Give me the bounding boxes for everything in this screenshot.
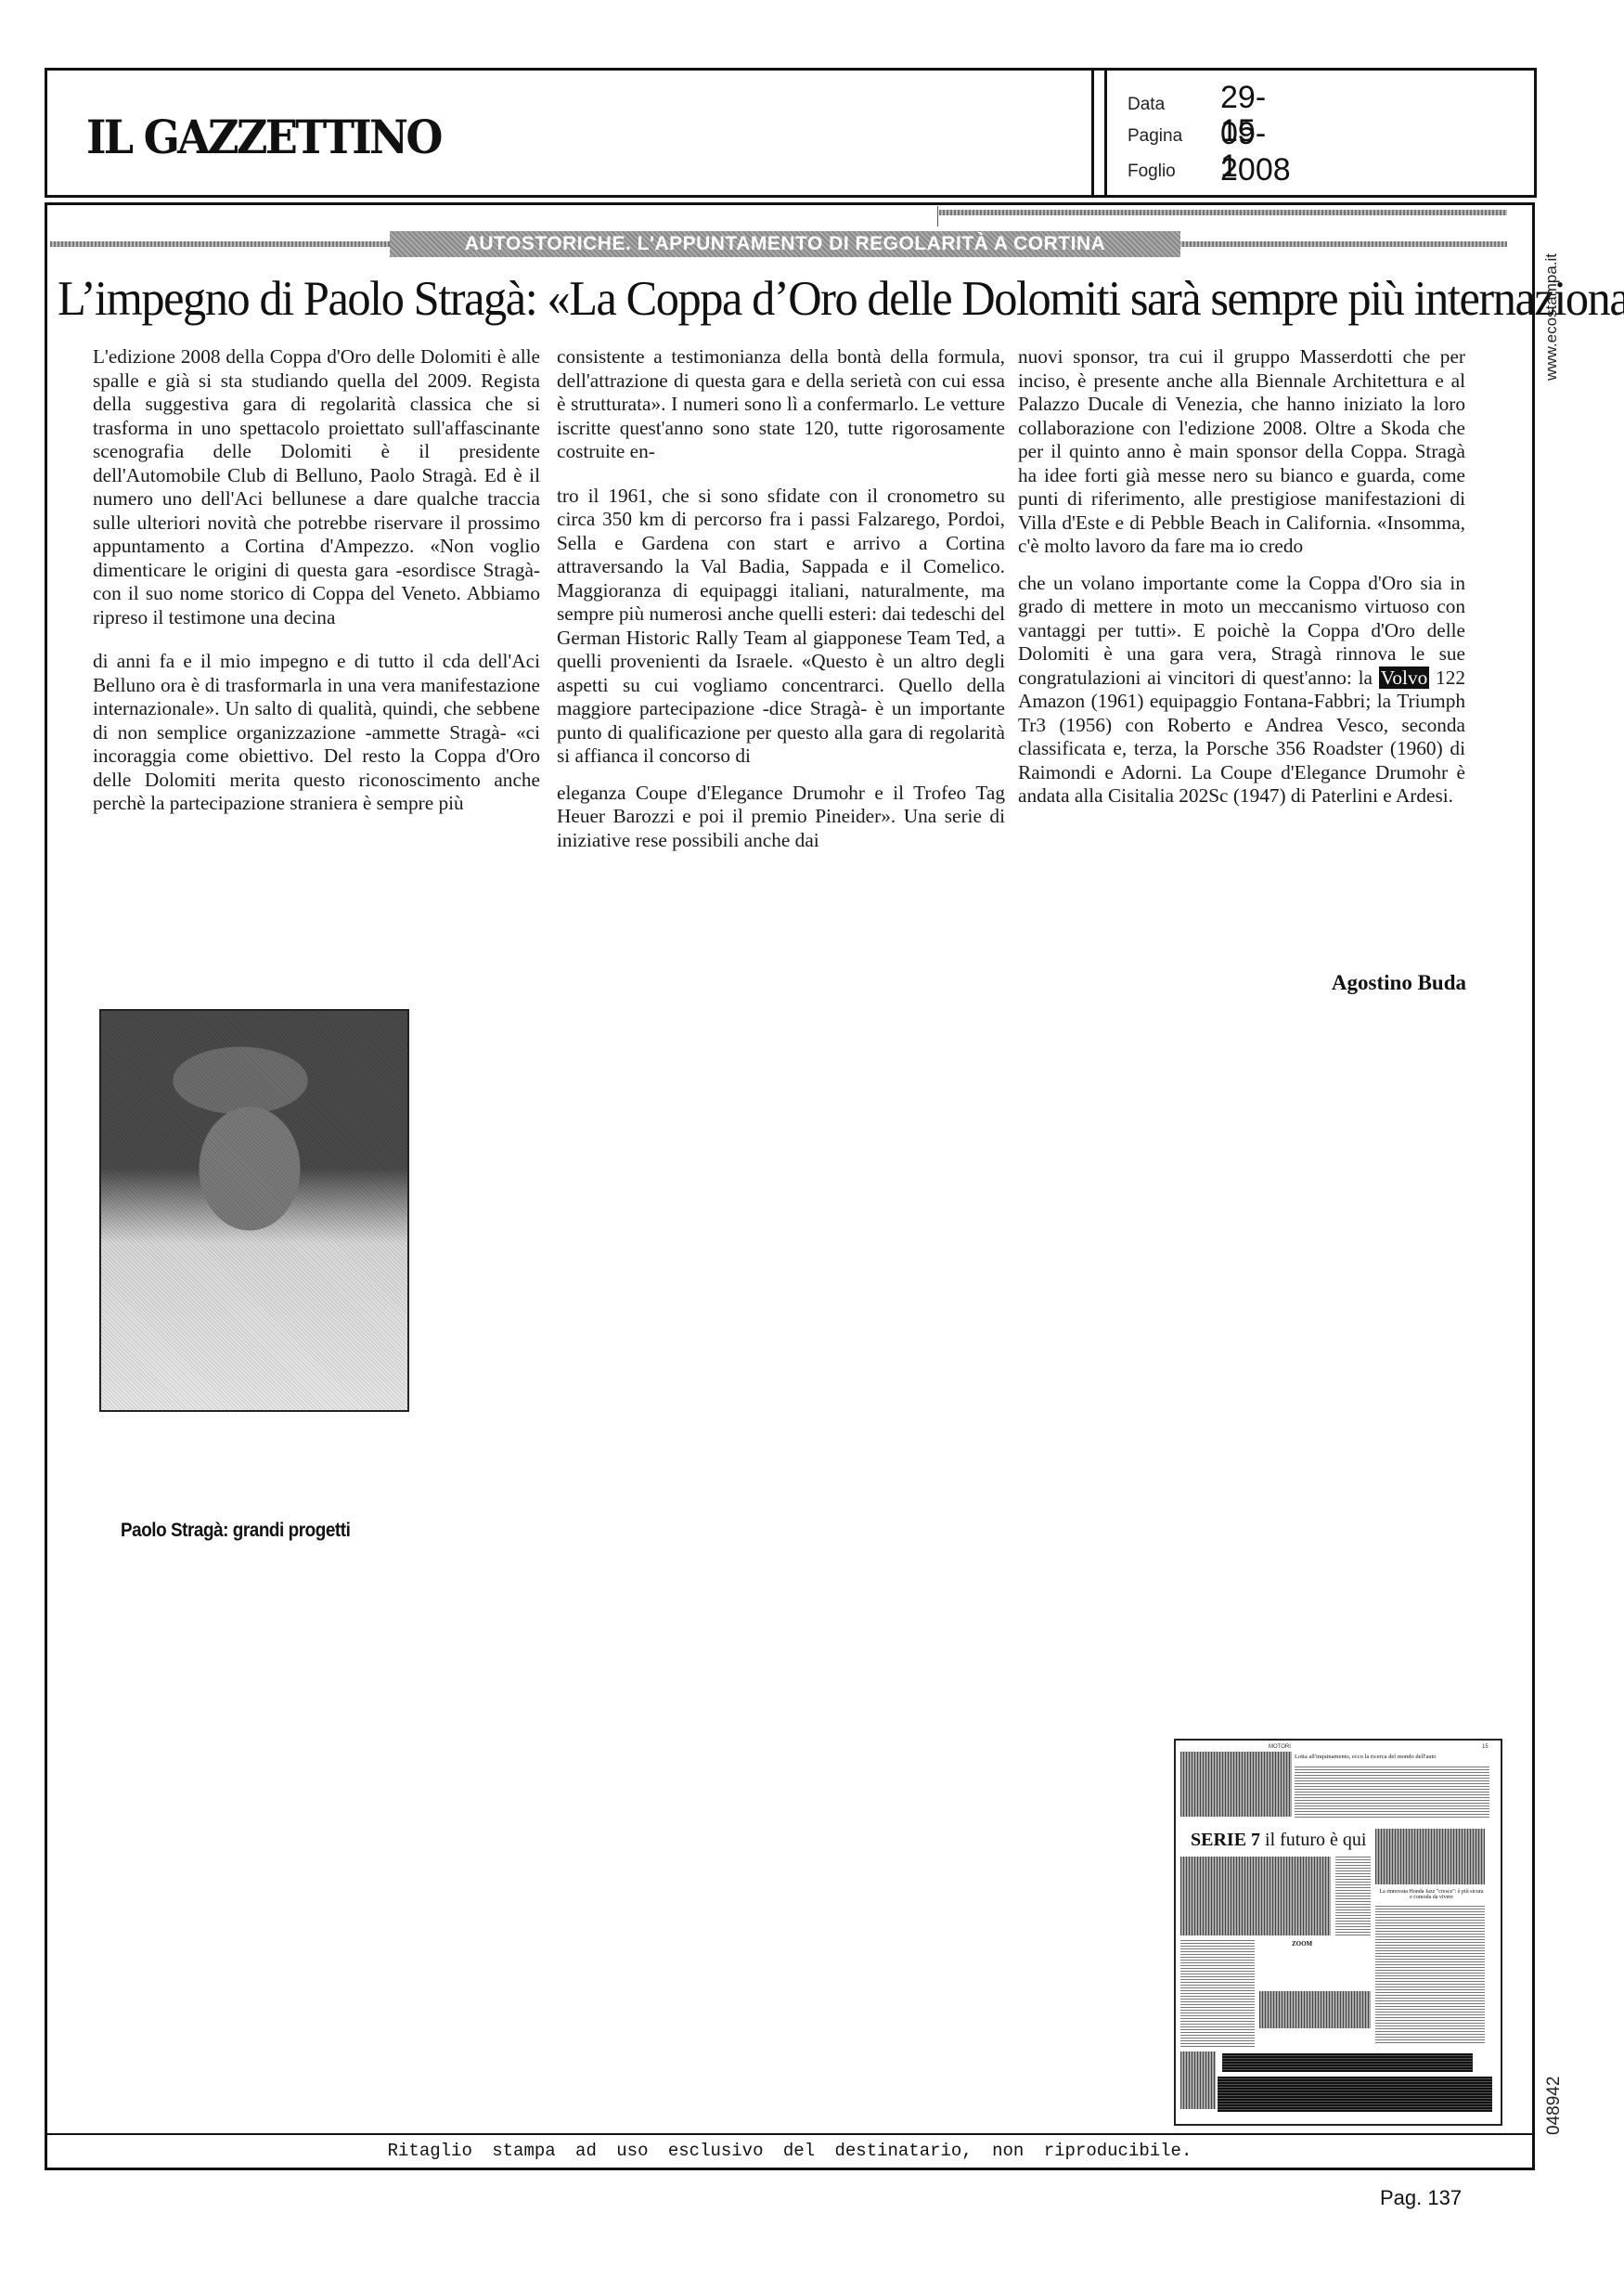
thumb-headline-text: il futuro è qui xyxy=(1265,1830,1366,1850)
article-byline: Agostino Buda xyxy=(1206,971,1466,995)
thumb-photo xyxy=(1180,1752,1292,1817)
masthead-box: IL GAZZETTINO xyxy=(45,68,1107,198)
paragraph: tro il 1961, che si sono sfidate con il … xyxy=(557,485,1005,769)
publication-meta-box: Data 29-09-2008 Pagina 15 Foglio 1 xyxy=(1091,68,1537,198)
thumb-text-block xyxy=(1295,1767,1489,1818)
thumb-photo xyxy=(1259,1991,1371,2028)
thumb-headline: Lotta all'inquinamento, ecco la ricerca … xyxy=(1295,1754,1437,1760)
kicker-rule-right xyxy=(1179,241,1507,247)
kicker-rule-left xyxy=(50,241,393,247)
thumb-text-block xyxy=(1180,1940,1255,2047)
newspaper-masthead: IL GAZZETTINO xyxy=(86,110,441,164)
paragraph: L'edizione 2008 della Coppa d'Oro delle … xyxy=(93,345,540,629)
divider xyxy=(937,206,938,227)
thumb-text-block xyxy=(1375,1906,1485,2045)
meta-label: Foglio xyxy=(1128,162,1176,182)
article-headline: L’impegno di Paolo Stragà: «La Coppa d’O… xyxy=(58,271,1415,327)
portrait-photo xyxy=(99,1009,409,1412)
thumb-text-block xyxy=(1335,1857,1371,1935)
paragraph: eleganza Coupe d'Elegance Drumohr e il T… xyxy=(557,782,1005,853)
kicker-rule-top xyxy=(939,210,1507,215)
thumb-headline: La rinnovata Honda Jazz "cresce": è più … xyxy=(1378,1889,1485,1900)
article-column-3: nuovi sponsor, tra cui il gruppo Masserd… xyxy=(1018,345,1465,809)
search-highlight: Volvo xyxy=(1379,667,1430,689)
thumb-zoom-label: ZOOM xyxy=(1292,1940,1312,1948)
thumb-section: MOTORI xyxy=(1269,1744,1291,1750)
clipping-code: 048942 xyxy=(1544,2077,1565,2135)
copyright-note: Ritaglio stampa ad uso esclusivo del des… xyxy=(45,2141,1535,2161)
source-url: www.ecostampa.it xyxy=(1542,253,1561,381)
paragraph: di anni fa e il mio impegno e di tutto i… xyxy=(93,650,540,816)
paragraph: nuovi sponsor, tra cui il gruppo Masserd… xyxy=(1018,345,1465,559)
thumb-photo xyxy=(1180,1857,1331,1935)
thumb-page: 15 xyxy=(1482,1744,1489,1750)
thumb-photo xyxy=(1375,1829,1485,1884)
paragraph: che un volano importante come la Coppa d… xyxy=(1018,572,1465,809)
meta-value-page: 15 xyxy=(1220,113,1256,149)
meta-label: Data xyxy=(1128,95,1165,115)
section-kicker: AUTOSTORICHE. L'APPUNTAMENTO DI REGOLARI… xyxy=(390,231,1180,257)
meta-value-sheet: 1 xyxy=(1220,149,1238,185)
thumb-article-header xyxy=(1222,2053,1473,2072)
thumb-brand: SERIE 7 xyxy=(1191,1830,1260,1850)
page-thumbnail: MOTORI 15 Lotta all'inquinamento, ecco l… xyxy=(1174,1739,1502,2126)
article-column-2: consistente a testimonianza della bontà … xyxy=(557,345,1005,852)
thumb-article-body xyxy=(1218,2077,1492,2112)
thumb-headline: SERIE 7 il futuro è qui xyxy=(1191,1830,1366,1851)
footer-divider xyxy=(45,2133,1535,2135)
page-number: Pag. 137 xyxy=(1380,2186,1462,2210)
meta-label: Pagina xyxy=(1128,126,1182,147)
thumb-photo xyxy=(1180,2051,1216,2109)
article-column-1: L'edizione 2008 della Coppa d'Oro delle … xyxy=(93,345,540,816)
photo-caption: Paolo Stragà: grandi progetti xyxy=(121,1520,350,1542)
paragraph: consistente a testimonianza della bontà … xyxy=(557,345,1005,464)
